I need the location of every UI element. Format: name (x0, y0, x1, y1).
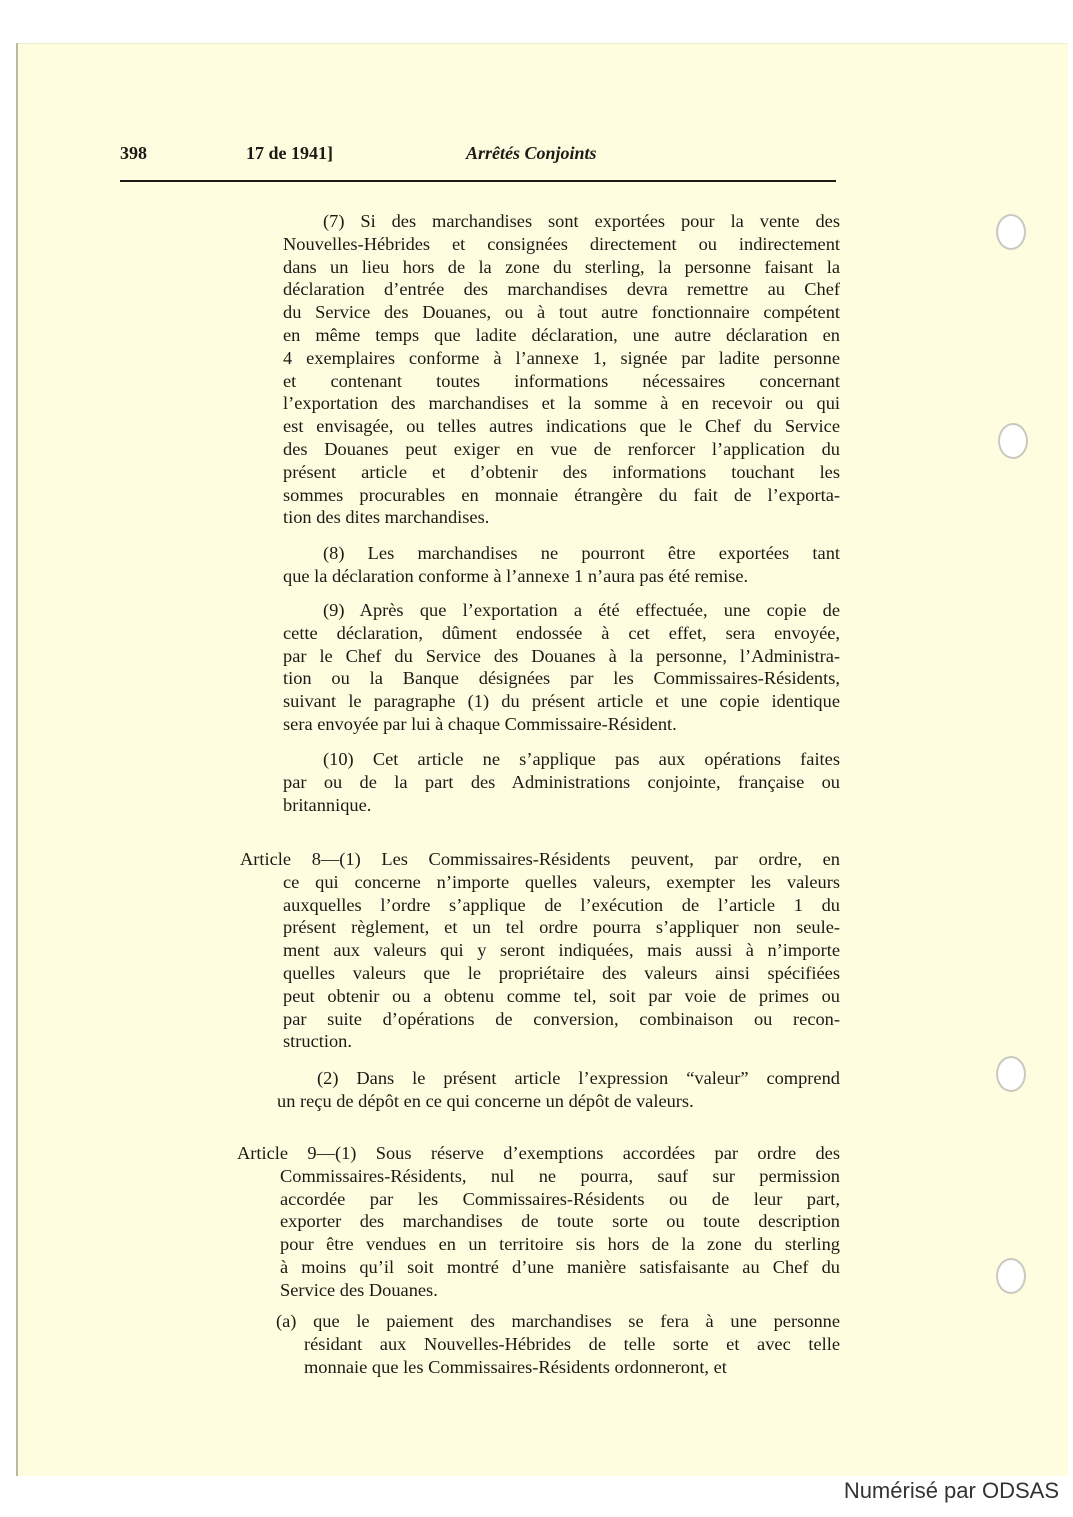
text-line: l’exportation des marchandises et la som… (283, 392, 840, 415)
punch-hole-2 (998, 423, 1028, 459)
article-heading-line: Article 8—(1) Les Commissaires-Résidents… (240, 848, 840, 871)
text-line: résidant aux Nouvelles-Hébrides de telle… (276, 1333, 840, 1356)
text-line: présent article et d’obtenir des informa… (283, 461, 840, 484)
article-9: Article 9—(1) Sous réserve d’exemptions … (237, 1142, 840, 1302)
page-number: 398 (120, 143, 147, 164)
text-line: et contenant toutes informations nécessa… (283, 370, 840, 393)
text-line: est envisagée, ou telles autres indicati… (283, 415, 840, 438)
text-line: britannique. (283, 794, 840, 817)
text-line: (8) Les marchandises ne pourront être ex… (283, 542, 840, 565)
text-line: monnaie que les Commissaires-Résidents o… (276, 1356, 840, 1379)
text-line: Commissaires-Résidents, nul ne pourra, s… (237, 1165, 840, 1188)
text-line: à moins qu’il soit montré d’une manière … (237, 1256, 840, 1279)
article-heading-line: Article 9—(1) Sous réserve d’exemptions … (237, 1142, 840, 1165)
text-line: (7) Si des marchandises sont exportées p… (283, 210, 840, 233)
paragraph-10: (10) Cet article ne s’applique pas aux o… (283, 748, 840, 816)
text-line: pour être vendues en un territoire sis h… (237, 1233, 840, 1256)
text-line: un reçu de dépôt en ce qui concerne un d… (277, 1090, 840, 1113)
text-line: sera envoyée par lui à chaque Commissair… (283, 713, 840, 736)
text-line: par le Chef du Service des Douanes à la … (283, 645, 840, 668)
article-8: Article 8—(1) Les Commissaires-Résidents… (240, 848, 840, 1053)
text-line: sommes procurables en monnaie étrangère … (283, 484, 840, 507)
punch-hole-3 (996, 1056, 1026, 1092)
paragraph-7: (7) Si des marchandises sont exportées p… (283, 210, 840, 529)
digitization-watermark: Numérisé par ODSAS (844, 1478, 1059, 1504)
text-line: des Douanes peut exiger en vue de renfor… (283, 438, 840, 461)
header-rule (120, 180, 836, 182)
text-line: Service des Douanes. (237, 1279, 840, 1302)
text-line: cette déclaration, dûment endossée à cet… (283, 622, 840, 645)
text-line: ment aux valeurs qui y seront indiquées,… (240, 939, 840, 962)
text-line: tion des dites marchandises. (283, 506, 840, 529)
text-line: ce qui concerne n’importe quelles valeur… (240, 871, 840, 894)
text-line: (a) que le paiement des marchandises se … (276, 1310, 840, 1333)
text-line: exporter des marchandises de toute sorte… (237, 1210, 840, 1233)
text-line: du Service des Douanes, ou à tout autre … (283, 301, 840, 324)
text-line: auxquelles l’ordre s’applique de l’exécu… (240, 894, 840, 917)
text-line: Nouvelles-Hébrides et consignées directe… (283, 233, 840, 256)
punch-hole-4 (996, 1258, 1026, 1294)
text-line: dans un lieu hors de la zone du sterling… (283, 256, 840, 279)
text-line: 4 exemplaires conforme à l’annexe 1, sig… (283, 347, 840, 370)
running-header: 398 17 de 1941] Arrêtés Conjoints (0, 143, 1073, 167)
text-line: déclaration d’entrée des marchandises de… (283, 278, 840, 301)
text-line: struction. (240, 1030, 840, 1053)
text-line: accordée par les Commissaires-Résidents … (237, 1188, 840, 1211)
text-line: tion ou la Banque désignées par les Comm… (283, 667, 840, 690)
punch-hole-1 (996, 214, 1026, 250)
text-line: peut obtenir ou a obtenu comme tel, soit… (240, 985, 840, 1008)
text-line: (10) Cet article ne s’applique pas aux o… (283, 748, 840, 771)
text-line: suivant le paragraphe (1) du présent art… (283, 690, 840, 713)
text-line: (2) Dans le présent article l’expression… (277, 1067, 840, 1090)
text-line: que la déclaration conforme à l’annexe 1… (283, 565, 840, 588)
paragraph-8: (8) Les marchandises ne pourront être ex… (283, 542, 840, 588)
article-9-item-a: (a) que le paiement des marchandises se … (276, 1310, 840, 1378)
text-line: présent règlement, et un tel ordre pourr… (240, 916, 840, 939)
text-line: en même temps que ladite déclaration, un… (283, 324, 840, 347)
text-line: par ou de la part des Administrations co… (283, 771, 840, 794)
text-line: (9) Après que l’exportation a été effect… (283, 599, 840, 622)
text-line: quelles valeurs que le propriétaire des … (240, 962, 840, 985)
article-8-subsection-2: (2) Dans le présent article l’expression… (277, 1067, 840, 1113)
document-reference: 17 de 1941] (246, 143, 333, 164)
paragraph-9: (9) Après que l’exportation a été effect… (283, 599, 840, 736)
text-line: par suite d’opérations de conversion, co… (240, 1008, 840, 1031)
running-title: Arrêtés Conjoints (466, 143, 597, 164)
